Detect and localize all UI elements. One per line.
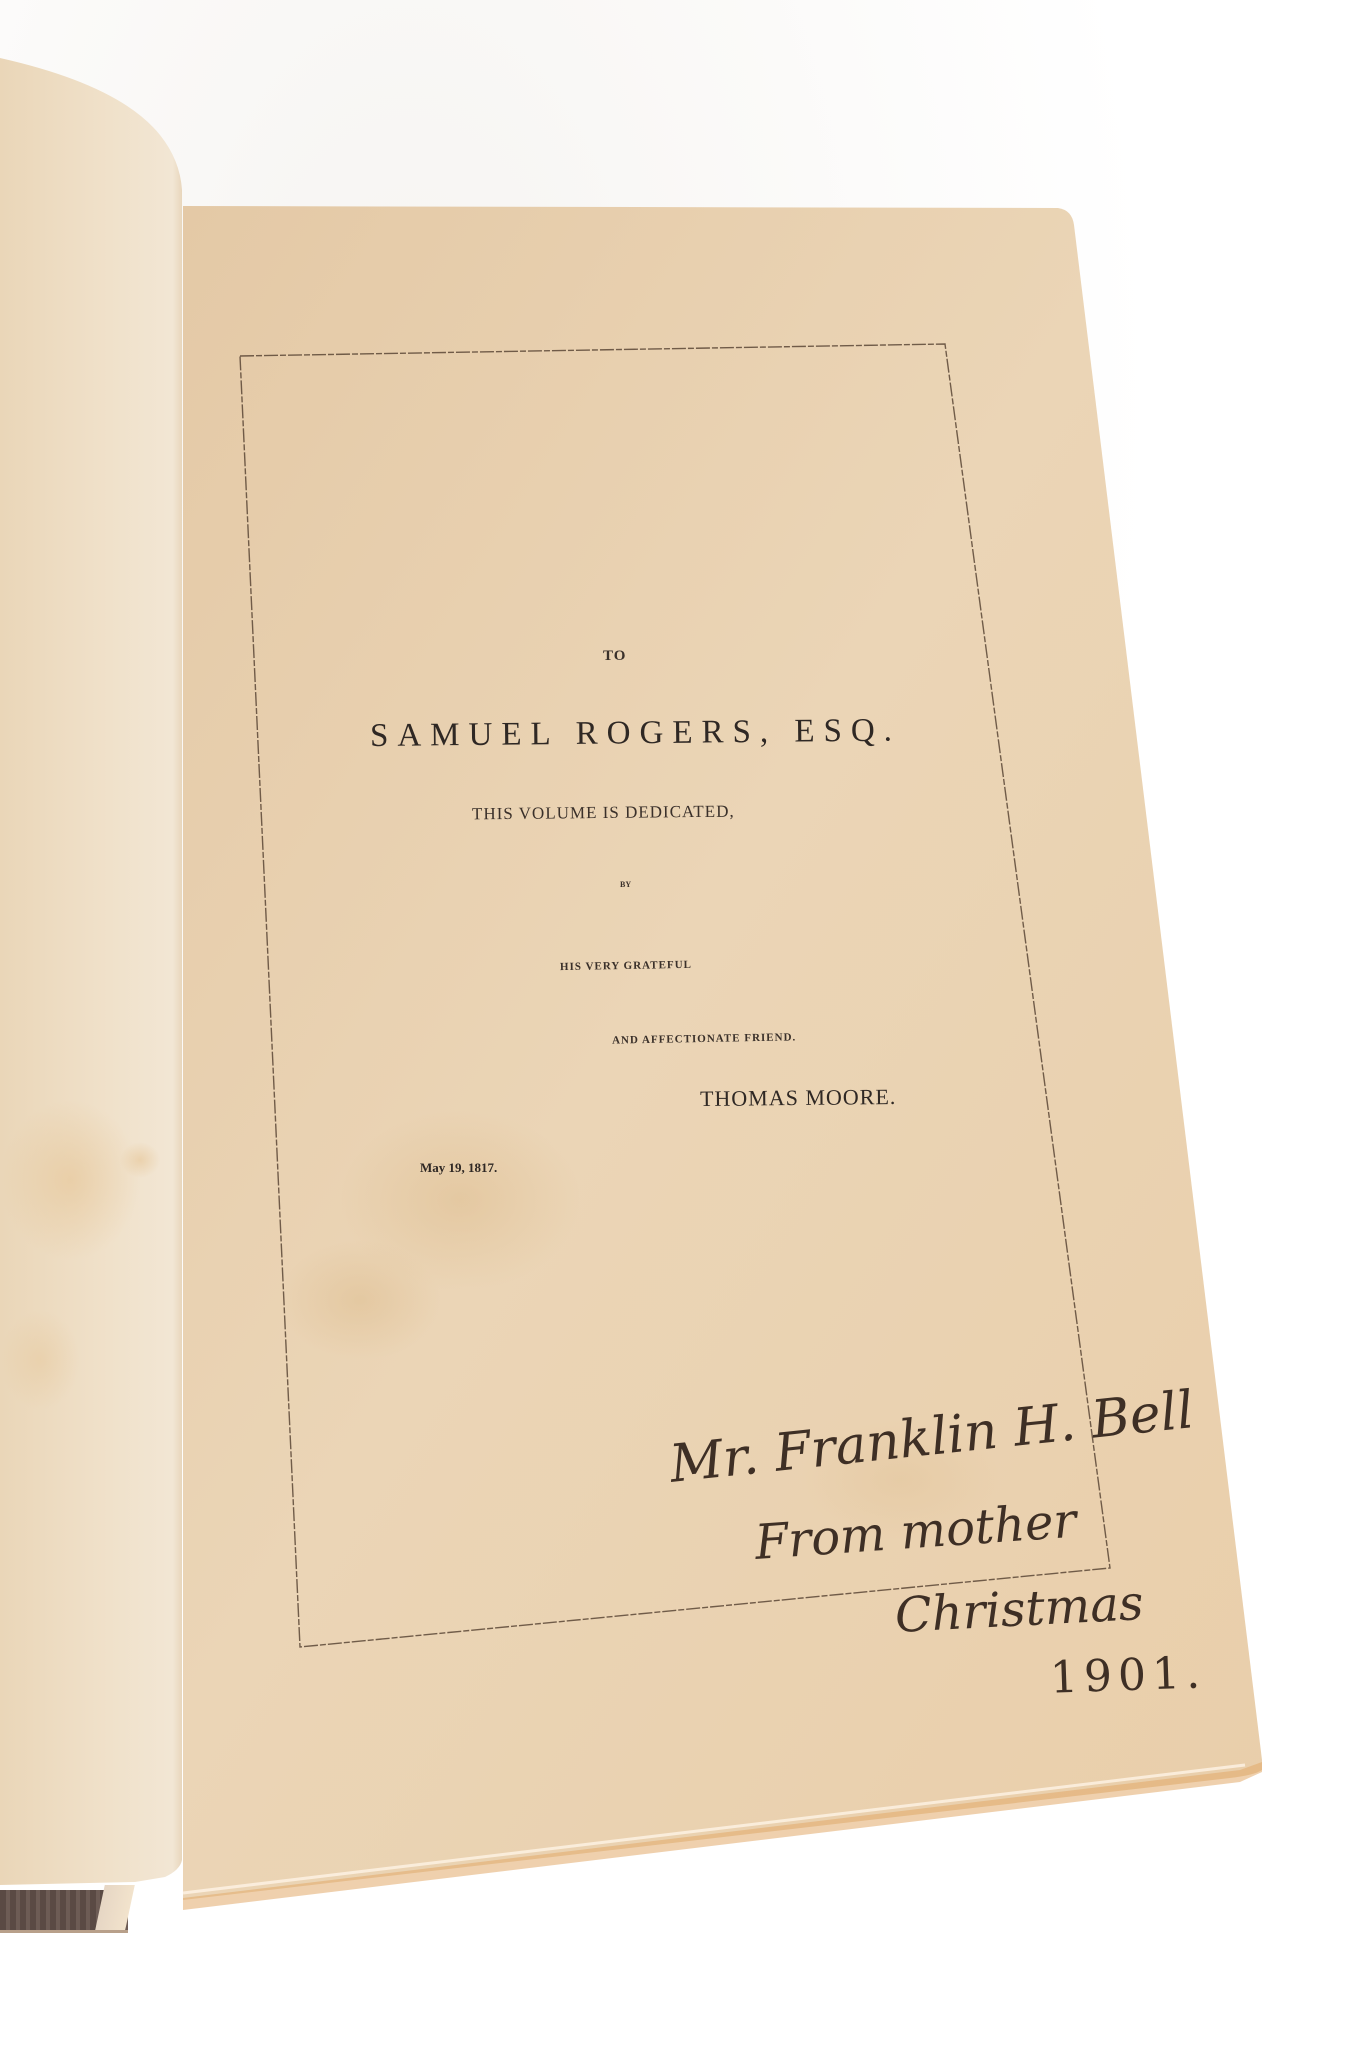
left-page-shape xyxy=(0,0,1366,2048)
book-photo: TO SAMUEL ROGERS, ESQ. THIS VOLUME IS DE… xyxy=(0,0,1366,2048)
left-page xyxy=(0,0,1366,2048)
